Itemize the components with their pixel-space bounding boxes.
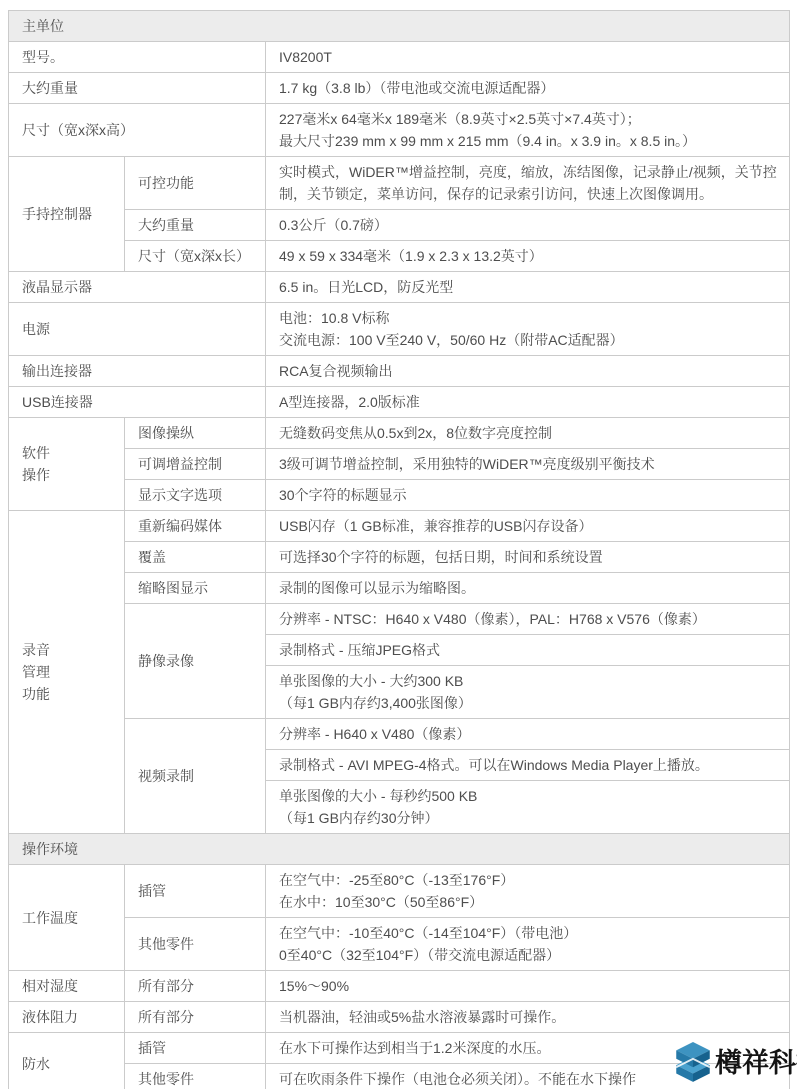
spec-value: 3级可调节增益控制，采用独特的WiDER™亮度级别平衡技术	[266, 449, 790, 480]
section-header: 主单位	[9, 11, 790, 42]
table-row: 工作温度插管在空气中：-25至80°C（-13至176°F）在水中：10至30°…	[9, 865, 790, 918]
spec-group-label: 手持控制器	[9, 157, 125, 272]
table-row: 大约重量1.7 kg（3.8 lb）（带电池或交流电源适配器）	[9, 73, 790, 104]
spec-text-line: 录音	[22, 639, 114, 661]
spec-group-label: 大约重量	[9, 73, 266, 104]
table-row: 录音管理功能重新编码媒体USB闪存（1 GB标准，兼容推荐的USB闪存设备）	[9, 511, 790, 542]
spec-value: 可选择30个字符的标题，包括日期，时间和系统设置	[266, 542, 790, 573]
spec-sub-label: 缩略图显示	[125, 573, 266, 604]
section-header: 操作环境	[9, 834, 790, 865]
table-row: 大约重量0.3公斤（0.7磅）	[9, 210, 790, 241]
spec-text-line: 最大尺寸239 mm x 99 mm x 215 mm（9.4 in。x 3.9…	[279, 130, 779, 152]
table-row: 缩略图显示录制的图像可以显示为缩略图。	[9, 573, 790, 604]
spec-value: 无缝数码变焦从0.5x到2x，8位数字亮度控制	[266, 418, 790, 449]
spec-sub-label: 图像操纵	[125, 418, 266, 449]
spec-value: 录制的图像可以显示为缩略图。	[266, 573, 790, 604]
section-header-row: 主单位	[9, 11, 790, 42]
spec-sub-label: 尺寸（宽x深x长）	[125, 241, 266, 272]
spec-sub-label: 可调增益控制	[125, 449, 266, 480]
spec-table: 主单位型号。IV8200T大约重量1.7 kg（3.8 lb）（带电池或交流电源…	[8, 10, 790, 1089]
spec-sub-label: 其他零件	[125, 918, 266, 971]
table-row: 视频录制分辨率 - H640 x V480（像素）	[9, 719, 790, 750]
spec-value: IV8200T	[266, 42, 790, 73]
spec-value: RCA复合视频输出	[266, 356, 790, 387]
table-row: 型号。IV8200T	[9, 42, 790, 73]
spec-value: 227毫米x 64毫米x 189毫米（8.9英寸×2.5英寸×7.4英寸）；最大…	[266, 104, 790, 157]
spec-value: 在空气中：-25至80°C（-13至176°F）在水中：10至30°C（50至8…	[266, 865, 790, 918]
table-row: 液体阻力所有部分当机器油，轻油或5%盐水溶液暴露时可操作。	[9, 1002, 790, 1033]
section-header-row: 操作环境	[9, 834, 790, 865]
spec-text-line: 管理	[22, 661, 114, 683]
spec-text-line: 操作	[22, 464, 114, 486]
cube-stack-icon	[672, 1041, 714, 1085]
spec-page: 主单位型号。IV8200T大约重量1.7 kg（3.8 lb）（带电池或交流电源…	[0, 0, 797, 1089]
spec-text-line: （每1 GB内存约30分钟）	[279, 807, 779, 829]
table-row: 软件操作图像操纵无缝数码变焦从0.5x到2x，8位数字亮度控制	[9, 418, 790, 449]
spec-value: 实时模式，WiDER™增益控制，亮度，缩放，冻结图像，记录静止/视频，关节控制，…	[266, 157, 790, 210]
spec-value: 单张图像的大小 - 大约300 KB（每1 GB内存约3,400张图像）	[266, 666, 790, 719]
table-row: 覆盖可选择30个字符的标题，包括日期，时间和系统设置	[9, 542, 790, 573]
spec-group-label: 电源	[9, 303, 266, 356]
spec-sub-label: 插管	[125, 1033, 266, 1064]
spec-text-line: 电池：10.8 V标称	[279, 307, 779, 329]
spec-value: 30个字符的标题显示	[266, 480, 790, 511]
spec-value: 录制格式 - 压缩JPEG格式	[266, 635, 790, 666]
spec-value: 6.5 in。日光LCD，防反光型	[266, 272, 790, 303]
spec-value: 录制格式 - AVI MPEG-4格式。可以在Windows Media Pla…	[266, 750, 790, 781]
spec-group-label: 型号。	[9, 42, 266, 73]
spec-group-label: 录音管理功能	[9, 511, 125, 834]
spec-value: 单张图像的大小 - 每秒约500 KB（每1 GB内存约30分钟）	[266, 781, 790, 834]
spec-value: 0.3公斤（0.7磅）	[266, 210, 790, 241]
spec-text-line: 0至40°C（32至104°F）（带交流电源适配器）	[279, 944, 779, 966]
spec-group-label: 工作温度	[9, 865, 125, 971]
spec-sub-label: 可控功能	[125, 157, 266, 210]
spec-sub-label: 重新编码媒体	[125, 511, 266, 542]
table-row: 输出连接器RCA复合视频输出	[9, 356, 790, 387]
spec-text-line: 在水中：10至30°C（50至86°F）	[279, 891, 779, 913]
table-row: 尺寸（宽x深x高）227毫米x 64毫米x 189毫米（8.9英寸×2.5英寸×…	[9, 104, 790, 157]
spec-value: USB闪存（1 GB标准，兼容推荐的USB闪存设备）	[266, 511, 790, 542]
spec-sub-label: 覆盖	[125, 542, 266, 573]
spec-group-label: USB连接器	[9, 387, 266, 418]
spec-group-label: 相对湿度	[9, 971, 125, 1002]
table-row: 尺寸（宽x深x长）49 x 59 x 334毫米（1.9 x 2.3 x 13.…	[9, 241, 790, 272]
spec-text-line: 单张图像的大小 - 每秒约500 KB	[279, 785, 779, 807]
spec-text-line: 软件	[22, 442, 114, 464]
spec-group-label: 液体阻力	[9, 1002, 125, 1033]
spec-value: 在空气中：-10至40°C（-14至104°F）（带电池）0至40°C（32至1…	[266, 918, 790, 971]
watermark-text: 樽祥科技	[715, 1041, 797, 1085]
table-row: USB连接器A型连接器，2.0版标准	[9, 387, 790, 418]
spec-text-line: 在空气中：-25至80°C（-13至176°F）	[279, 869, 779, 891]
spec-sub-label: 其他零件	[125, 1064, 266, 1089]
watermark: 樽祥科技	[672, 1041, 797, 1085]
spec-text-line: 交流电源：100 V至240 V，50/60 Hz（附带AC适配器）	[279, 329, 779, 351]
spec-value: 当机器油，轻油或5%盐水溶液暴露时可操作。	[266, 1002, 790, 1033]
spec-group-label: 软件操作	[9, 418, 125, 511]
spec-sub-label: 所有部分	[125, 971, 266, 1002]
spec-sub-label: 插管	[125, 865, 266, 918]
spec-sub-label: 静像录像	[125, 604, 266, 719]
table-row: 其他零件在空气中：-10至40°C（-14至104°F）（带电池）0至40°C（…	[9, 918, 790, 971]
table-row: 可调增益控制3级可调节增益控制，采用独特的WiDER™亮度级别平衡技术	[9, 449, 790, 480]
spec-sub-label: 所有部分	[125, 1002, 266, 1033]
spec-value: A型连接器，2.0版标准	[266, 387, 790, 418]
spec-text-line: 227毫米x 64毫米x 189毫米（8.9英寸×2.5英寸×7.4英寸）；	[279, 108, 779, 130]
spec-value: 15%〜90%	[266, 971, 790, 1002]
spec-table-body: 主单位型号。IV8200T大约重量1.7 kg（3.8 lb）（带电池或交流电源…	[9, 11, 790, 1089]
spec-sub-label: 显示文字选项	[125, 480, 266, 511]
spec-text-line: （每1 GB内存约3,400张图像）	[279, 692, 779, 714]
spec-value: 1.7 kg（3.8 lb）（带电池或交流电源适配器）	[266, 73, 790, 104]
table-row: 显示文字选项30个字符的标题显示	[9, 480, 790, 511]
spec-value: 49 x 59 x 334毫米（1.9 x 2.3 x 13.2英寸）	[266, 241, 790, 272]
spec-sub-label: 视频录制	[125, 719, 266, 834]
spec-sub-label: 大约重量	[125, 210, 266, 241]
spec-group-label: 防水	[9, 1033, 125, 1089]
spec-value: 分辨率 - H640 x V480（像素）	[266, 719, 790, 750]
table-row: 液晶显示器6.5 in。日光LCD，防反光型	[9, 272, 790, 303]
spec-text-line: 在空气中：-10至40°C（-14至104°F）（带电池）	[279, 922, 779, 944]
table-row: 静像录像分辨率 - NTSC：H640 x V480（像素），PAL：H768 …	[9, 604, 790, 635]
spec-value: 电池：10.8 V标称交流电源：100 V至240 V，50/60 Hz（附带A…	[266, 303, 790, 356]
spec-value: 分辨率 - NTSC：H640 x V480（像素），PAL：H768 x V5…	[266, 604, 790, 635]
table-row: 手持控制器可控功能实时模式，WiDER™增益控制，亮度，缩放，冻结图像，记录静止…	[9, 157, 790, 210]
table-row: 相对湿度所有部分15%〜90%	[9, 971, 790, 1002]
table-row: 电源电池：10.8 V标称交流电源：100 V至240 V，50/60 Hz（附…	[9, 303, 790, 356]
spec-text-line: 功能	[22, 683, 114, 705]
spec-group-label: 尺寸（宽x深x高）	[9, 104, 266, 157]
spec-text-line: 单张图像的大小 - 大约300 KB	[279, 670, 779, 692]
spec-group-label: 液晶显示器	[9, 272, 266, 303]
spec-group-label: 输出连接器	[9, 356, 266, 387]
